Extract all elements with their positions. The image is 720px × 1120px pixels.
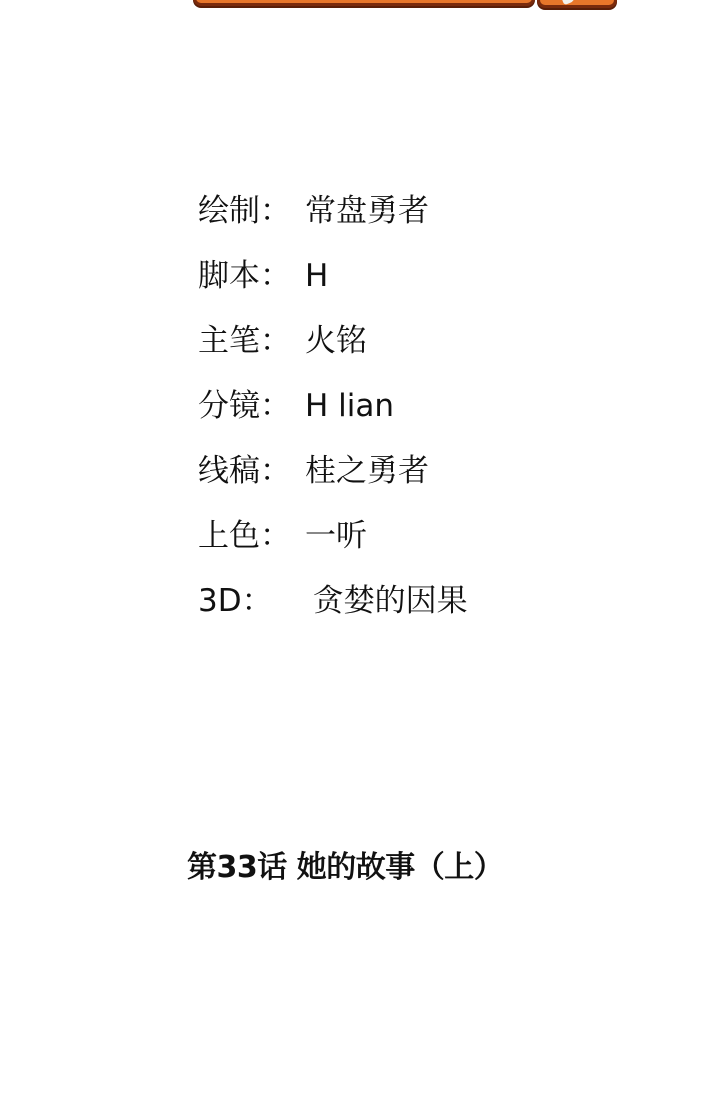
credit-separator: ：	[242, 581, 273, 621]
credit-row-lead-artist: 主笔：火铭	[198, 308, 468, 373]
credit-separator: ：	[260, 256, 291, 296]
credit-value: 桂之勇者	[305, 451, 429, 491]
credit-value: 贪婪的因果	[313, 581, 468, 621]
credit-label: 线稿	[198, 451, 260, 491]
credit-separator: ：	[260, 321, 291, 361]
credit-value: 一听	[305, 516, 367, 556]
credit-row-coloring: 上色：一听	[198, 503, 468, 568]
credit-separator: ：	[260, 451, 291, 491]
top-banner-fragment	[193, 0, 617, 10]
credit-value: 火铭	[305, 321, 367, 361]
credit-separator: ：	[260, 516, 291, 556]
credit-label: 主笔	[198, 321, 260, 361]
credit-value: H lian	[305, 386, 394, 426]
credit-label: 脚本	[198, 256, 260, 296]
credits-list: 绘制：常盘勇者 脚本：H 主笔：火铭 分镜：H lian 线稿：桂之勇者 上色：…	[198, 178, 468, 633]
credit-row-lineart: 线稿：桂之勇者	[198, 438, 468, 503]
credit-row-storyboard: 分镜：H lian	[198, 373, 468, 438]
banner-main-panel	[193, 0, 535, 6]
credit-label: 3D	[198, 581, 242, 621]
banner-decoration-icon	[561, 0, 578, 5]
credit-value: H	[305, 256, 328, 296]
credit-separator: ：	[260, 386, 291, 426]
credit-label: 绘制	[198, 191, 260, 231]
chapter-title: 第33话 她的故事（上）	[187, 848, 503, 888]
credit-row-3d: 3D：贪婪的因果	[198, 568, 468, 633]
credit-separator: ：	[260, 191, 291, 231]
credit-label: 上色	[198, 516, 260, 556]
credit-value: 常盘勇者	[305, 191, 429, 231]
credit-label: 分镜	[198, 386, 260, 426]
banner-side-panel	[537, 0, 617, 8]
credit-row-script: 脚本：H	[198, 243, 468, 308]
credit-row-art: 绘制：常盘勇者	[198, 178, 468, 243]
